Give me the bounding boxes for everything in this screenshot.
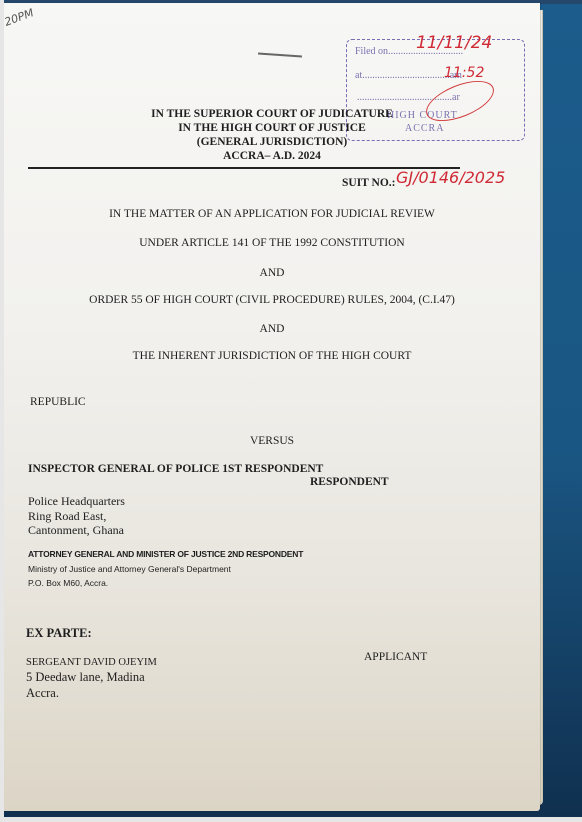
applicant-address-1: 5 Deedaw lane, Madina [26, 670, 145, 685]
matter-line-3: ORDER 55 OF HIGH COURT (CIVIL PROCEDURE)… [4, 294, 540, 306]
respondent-1-address-1: Police Headquarters [28, 494, 125, 509]
respondent-1-name: INSPECTOR GENERAL OF POLICE 1ST RESPONDE… [28, 463, 323, 475]
party-republic: REPUBLIC [30, 396, 86, 408]
matter-and-2: AND [4, 323, 540, 335]
applicant-address-2: Accra. [26, 686, 59, 701]
handwritten-filed-time: 11:52 [444, 65, 484, 81]
versus-label: VERSUS [4, 435, 540, 447]
ex-parte-label: EX PARTE: [26, 626, 92, 641]
court-header-line-3: (GENERAL JURISDICTION) [4, 135, 540, 149]
respondent-2-address-2: P.O. Box M60, Accra. [28, 578, 108, 588]
court-document-page: 20PM Filed on...........................… [4, 3, 540, 811]
matter-line-2: UNDER ARTICLE 141 OF THE 1992 CONSTITUTI… [4, 237, 540, 249]
respondent-1-address-2: Ring Road East, [28, 509, 106, 524]
respondent-1-role: RESPONDENT [310, 476, 389, 488]
respondent-2-address-1: Ministry of Justice and Attorney General… [28, 564, 231, 574]
respondent-1-address-3: Cantonment, Ghana [28, 523, 124, 538]
court-header-line-2: IN THE HIGH COURT OF JUSTICE [4, 121, 540, 135]
handwritten-filed-date: 11/11/24 [416, 33, 492, 53]
applicant-name: SERGEANT DAVID OJEYIM [26, 657, 157, 668]
margin-note: 20PM [4, 6, 35, 29]
court-header-line-4: ACCRA– A.D. 2024 [4, 149, 540, 163]
matter-line-1: IN THE MATTER OF AN APPLICATION FOR JUDI… [4, 208, 540, 220]
pen-mark [258, 52, 302, 57]
suit-no-label: SUIT NO.: [342, 177, 395, 189]
court-header-line-1: IN THE SUPERIOR COURT OF JUDICATURE [4, 107, 540, 121]
matter-and-1: AND [4, 267, 540, 279]
applicant-role: APPLICANT [364, 651, 427, 663]
matter-line-4: THE INHERENT JURISDICTION OF THE HIGH CO… [4, 350, 540, 362]
suit-no-value: GJ/0146/2025 [396, 168, 505, 187]
photo-scene: 20PM Filed on...........................… [4, 0, 582, 817]
respondent-2-name: ATTORNEY GENERAL AND MINISTER OF JUSTICE… [28, 549, 303, 559]
